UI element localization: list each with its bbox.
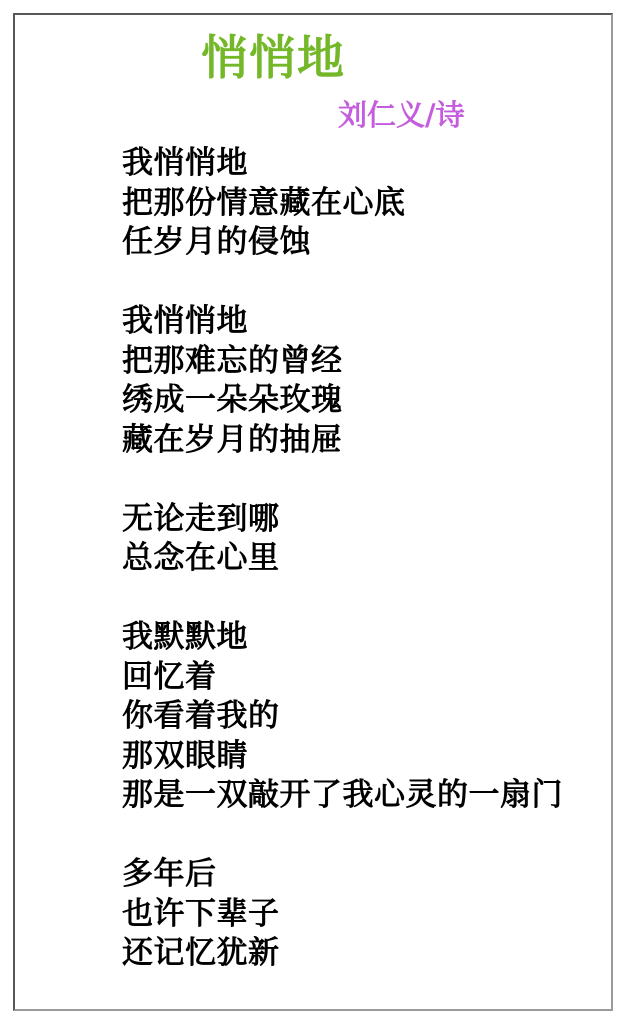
- poem-line: 还记忆犹新: [122, 934, 563, 974]
- poem-line: 我默默地: [122, 618, 563, 658]
- poem-line: 把那份情意藏在心底: [122, 184, 563, 224]
- poem-line: 那是一双敲开了我心灵的一扇门: [122, 776, 563, 816]
- poem-title: 悄悄地: [201, 33, 345, 85]
- stanza-4: 我默默地 回忆着 你看着我的 那双眼睛 那是一双敲开了我心灵的一扇门: [122, 618, 563, 816]
- poem-line: 我悄悄地: [122, 302, 563, 342]
- poem-line: 你看着我的: [122, 697, 563, 737]
- poem-line: 绣成一朵朵玫瑰: [122, 381, 563, 421]
- stanza-3: 无论走到哪 总念在心里: [122, 500, 563, 579]
- poem-line: 也许下辈子: [122, 895, 563, 935]
- poem-line: 无论走到哪: [122, 500, 563, 540]
- stanza-5: 多年后 也许下辈子 还记忆犹新: [122, 855, 563, 974]
- poem-line: 藏在岁月的抽屉: [122, 421, 563, 461]
- stanza-2: 我悄悄地 把那难忘的曾经 绣成一朵朵玫瑰 藏在岁月的抽屉: [122, 302, 563, 460]
- poem-line: 那双眼睛: [122, 737, 563, 777]
- stanza-1: 我悄悄地 把那份情意藏在心底 任岁月的侵蚀: [122, 144, 563, 263]
- poem-line: 把那难忘的曾经: [122, 342, 563, 382]
- poem-line: 回忆着: [122, 658, 563, 698]
- poem-page: 悄悄地 刘仁义/诗 我悄悄地 把那份情意藏在心底 任岁月的侵蚀 我悄悄地 把那难…: [0, 0, 627, 1026]
- poem-line: 总念在心里: [122, 539, 563, 579]
- poem-line: 多年后: [122, 855, 563, 895]
- poem-line: 我悄悄地: [122, 144, 563, 184]
- poem-author: 刘仁义/诗: [338, 100, 465, 132]
- poem-body: 我悄悄地 把那份情意藏在心底 任岁月的侵蚀 我悄悄地 把那难忘的曾经 绣成一朵朵…: [122, 144, 563, 974]
- poem-line: 任岁月的侵蚀: [122, 223, 563, 263]
